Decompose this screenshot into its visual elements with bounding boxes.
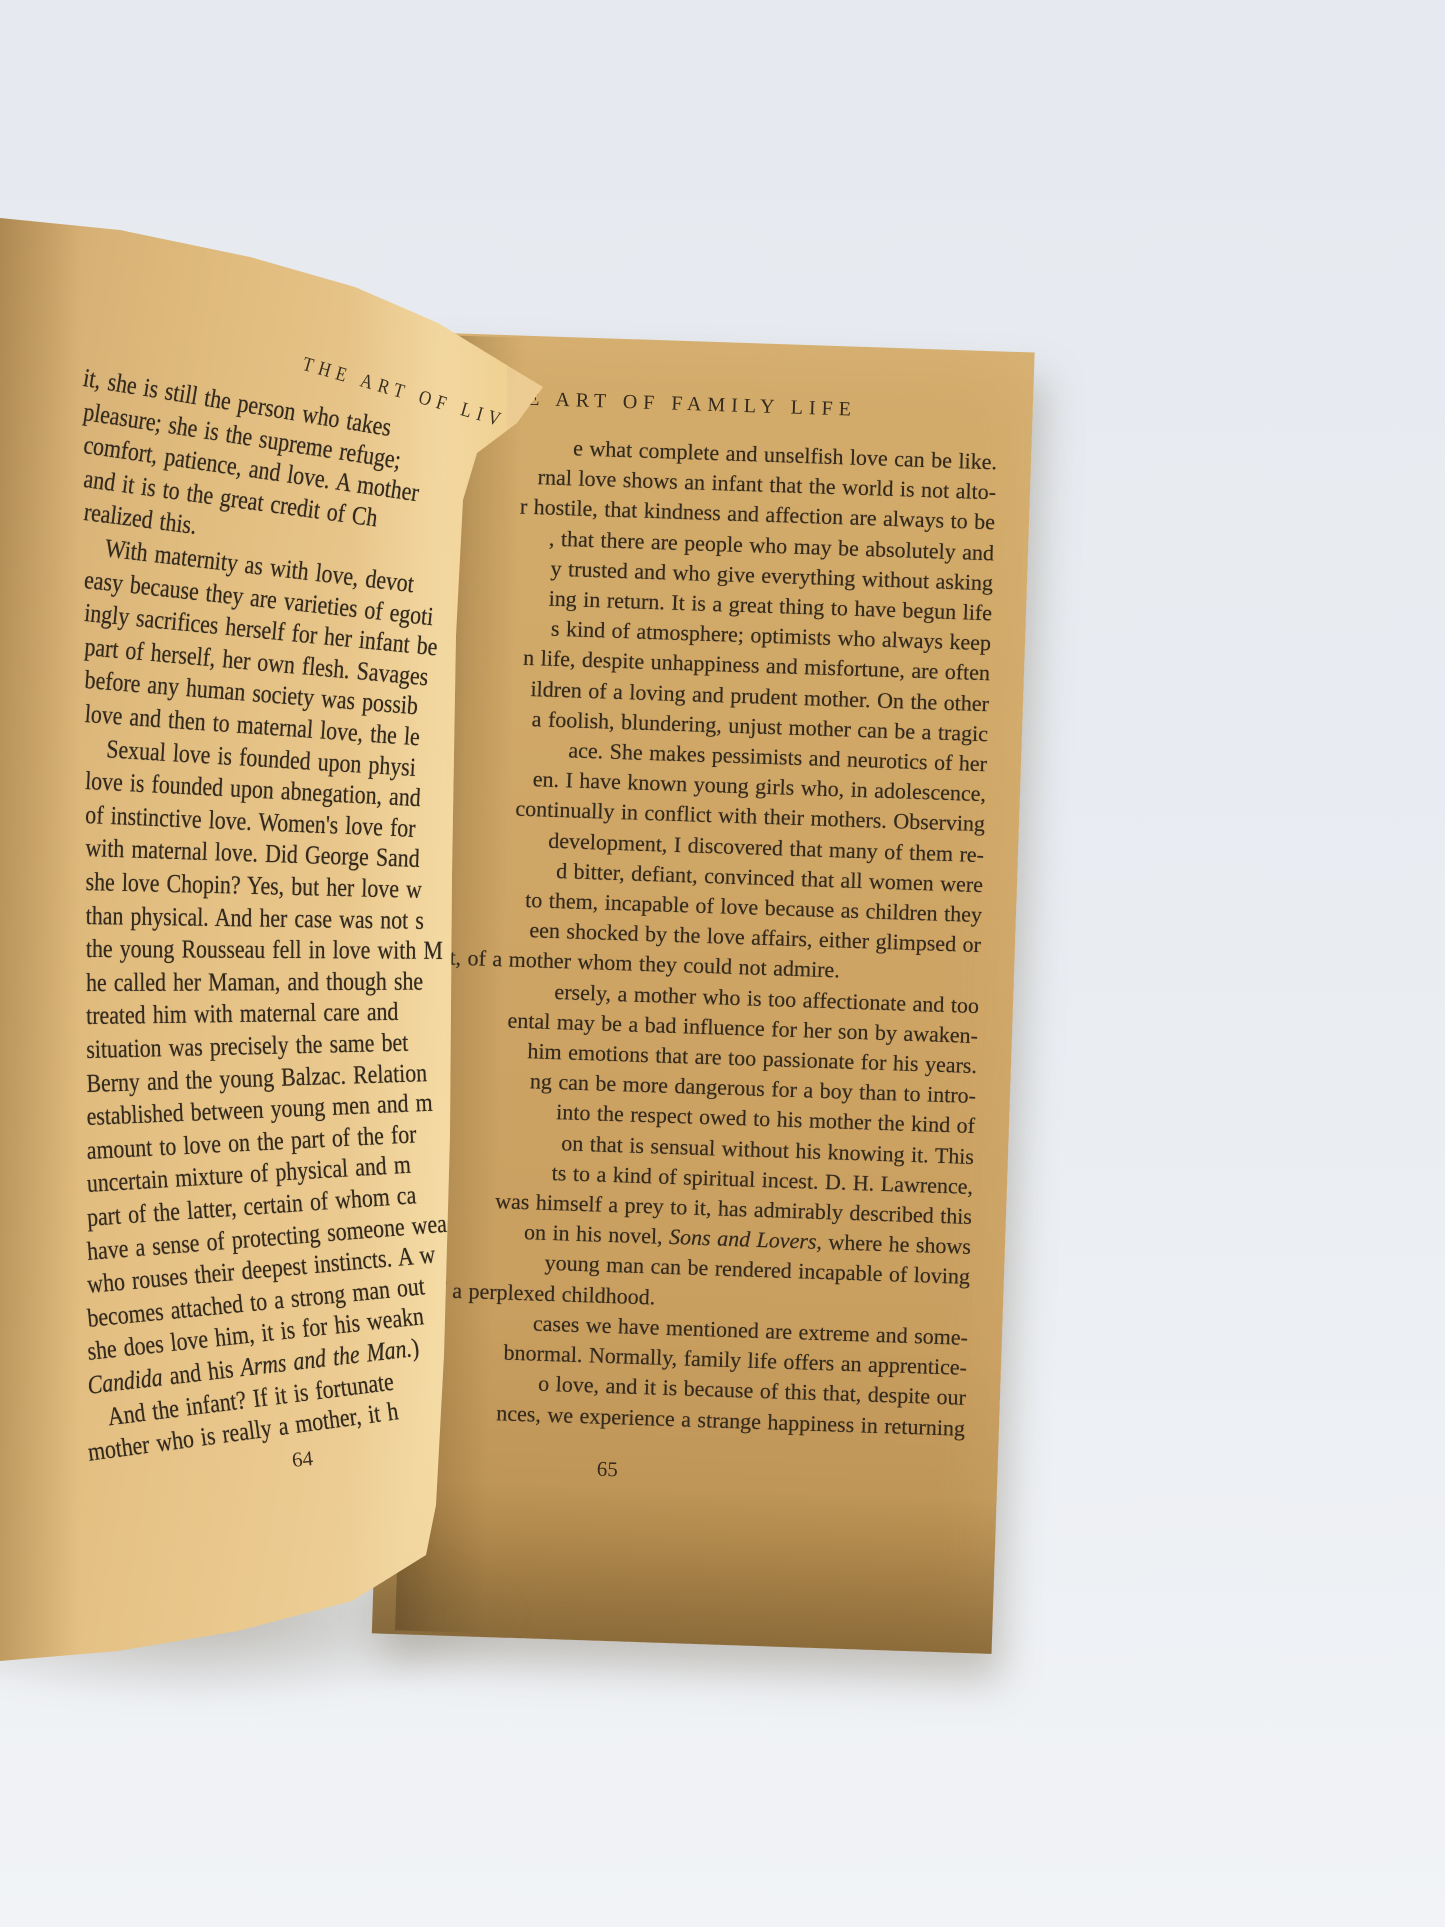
book-photo: THE ART OF FAMILY LIFE e what complete a… <box>0 0 1445 1927</box>
right-page-number: 65 <box>537 1455 678 1485</box>
left-page-number: 64 <box>291 1446 314 1473</box>
